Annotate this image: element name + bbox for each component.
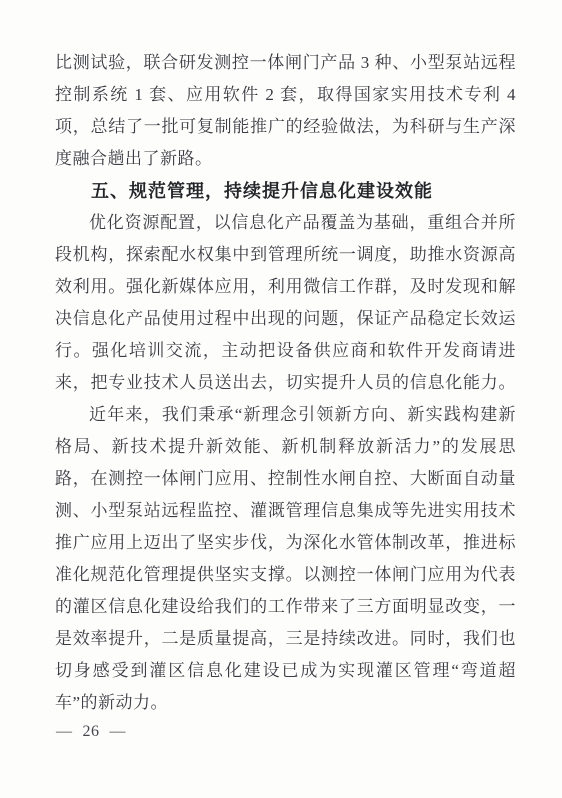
text-line: 路，在测控一体闸门应用、控制性水闸自控、大断面自动量	[55, 463, 516, 495]
text-line: 来，把专业技术人员送出去，切实提升人员的信息化能力。	[55, 367, 516, 399]
text-line: 推广应用上迈出了坚实步伐，为深化水管体制改革，推进标	[55, 527, 516, 559]
text-line: 项，总结了一批可复制能推广的经验做法，为科研与生产深	[55, 111, 516, 143]
section-heading: 五、规范管理，持续提升信息化建设效能	[55, 175, 516, 207]
paragraph-recent-years: 近年来，我们秉承“新理念引领新方向、新实践构建新 格局、新技术提升新效能、新机制…	[55, 399, 516, 719]
document-page: 比测试验，联合研发测控一体闸门产品 3 种、小型泵站远程 控制系统 1 套、应用…	[0, 0, 562, 798]
footer-dash-left: —	[56, 721, 73, 743]
text-line: 段机构，探索配水权集中到管理所统一调度，助推水资源高	[55, 239, 516, 271]
text-line: 比测试验，联合研发测控一体闸门产品 3 种、小型泵站远程	[55, 47, 516, 79]
paragraph-resources: 优化资源配置，以信息化产品覆盖为基础，重组合并所 段机构，探索配水权集中到管理所…	[55, 207, 516, 399]
text-line: 控制系统 1 套、应用软件 2 套，取得国家实用技术专利 4	[55, 79, 516, 111]
page-footer: — 26 —	[56, 721, 126, 743]
text-line: 优化资源配置，以信息化产品覆盖为基础，重组合并所	[55, 207, 516, 239]
text-line: 车”的新动力。	[55, 687, 516, 719]
text-line: 近年来，我们秉承“新理念引领新方向、新实践构建新	[55, 399, 516, 431]
text-line: 格局、新技术提升新效能、新机制释放新活力”的发展思	[55, 431, 516, 463]
document-body: 比测试验，联合研发测控一体闸门产品 3 种、小型泵站远程 控制系统 1 套、应用…	[55, 47, 516, 719]
text-line: 度融合趟出了新路。	[55, 143, 516, 175]
text-line: 测、小型泵站远程监控、灌溉管理信息集成等先进实用技术	[55, 495, 516, 527]
paragraph-continuation: 比测试验，联合研发测控一体闸门产品 3 种、小型泵站远程 控制系统 1 套、应用…	[55, 47, 516, 175]
text-line: 的灌区信息化建设给我们的工作带来了三方面明显改变，一	[55, 591, 516, 623]
text-line: 切身感受到灌区信息化建设已成为实现灌区管理“弯道超	[55, 655, 516, 687]
text-line: 准化规范化管理提供坚实支撑。以测控一体闸门应用为代表	[55, 559, 516, 591]
text-line: 效利用。强化新媒体应用，利用微信工作群，及时发现和解	[55, 271, 516, 303]
text-line: 决信息化产品使用过程中出现的问题，保证产品稳定长效运	[55, 303, 516, 335]
footer-dash-right: —	[110, 721, 127, 743]
page-number: 26	[83, 721, 100, 743]
text-line: 行。强化培训交流，主动把设备供应商和软件开发商请进	[55, 335, 516, 367]
text-line: 是效率提升，二是质量提高，三是持续改进。同时，我们也	[55, 623, 516, 655]
